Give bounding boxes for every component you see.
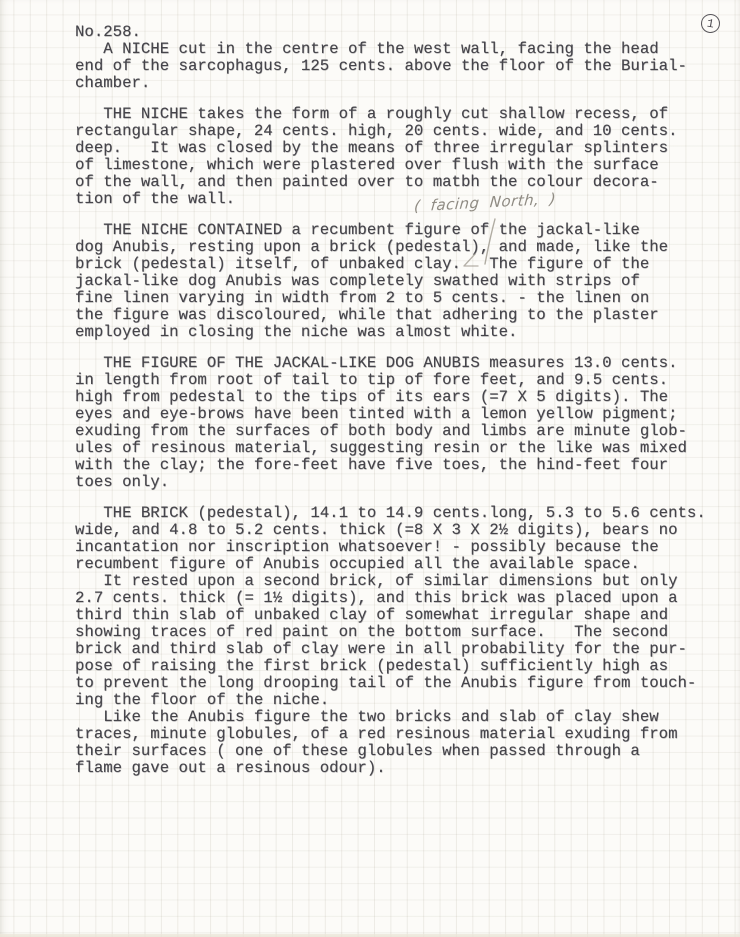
typescript-paragraph-niche-contents: THE NICHE CONTAINED a recumbent figure o… (75, 222, 706, 341)
typescript-body: No.258. A NICHE cut in the centre of the… (0, 0, 706, 791)
document-page: No.258. A NICHE cut in the centre of the… (0, 0, 740, 937)
page-number: 1 (706, 17, 715, 30)
typescript-paragraph-anubis-figure: THE FIGURE OF THE JACKAL-LIKE DOG ANUBIS… (75, 355, 706, 491)
typescript-paragraph-brick-pedestal: THE BRICK (pedestal), 14.1 to 14.9 cents… (75, 505, 706, 777)
typescript-paragraph-niche-location: No.258. A NICHE cut in the centre of the… (75, 24, 706, 92)
